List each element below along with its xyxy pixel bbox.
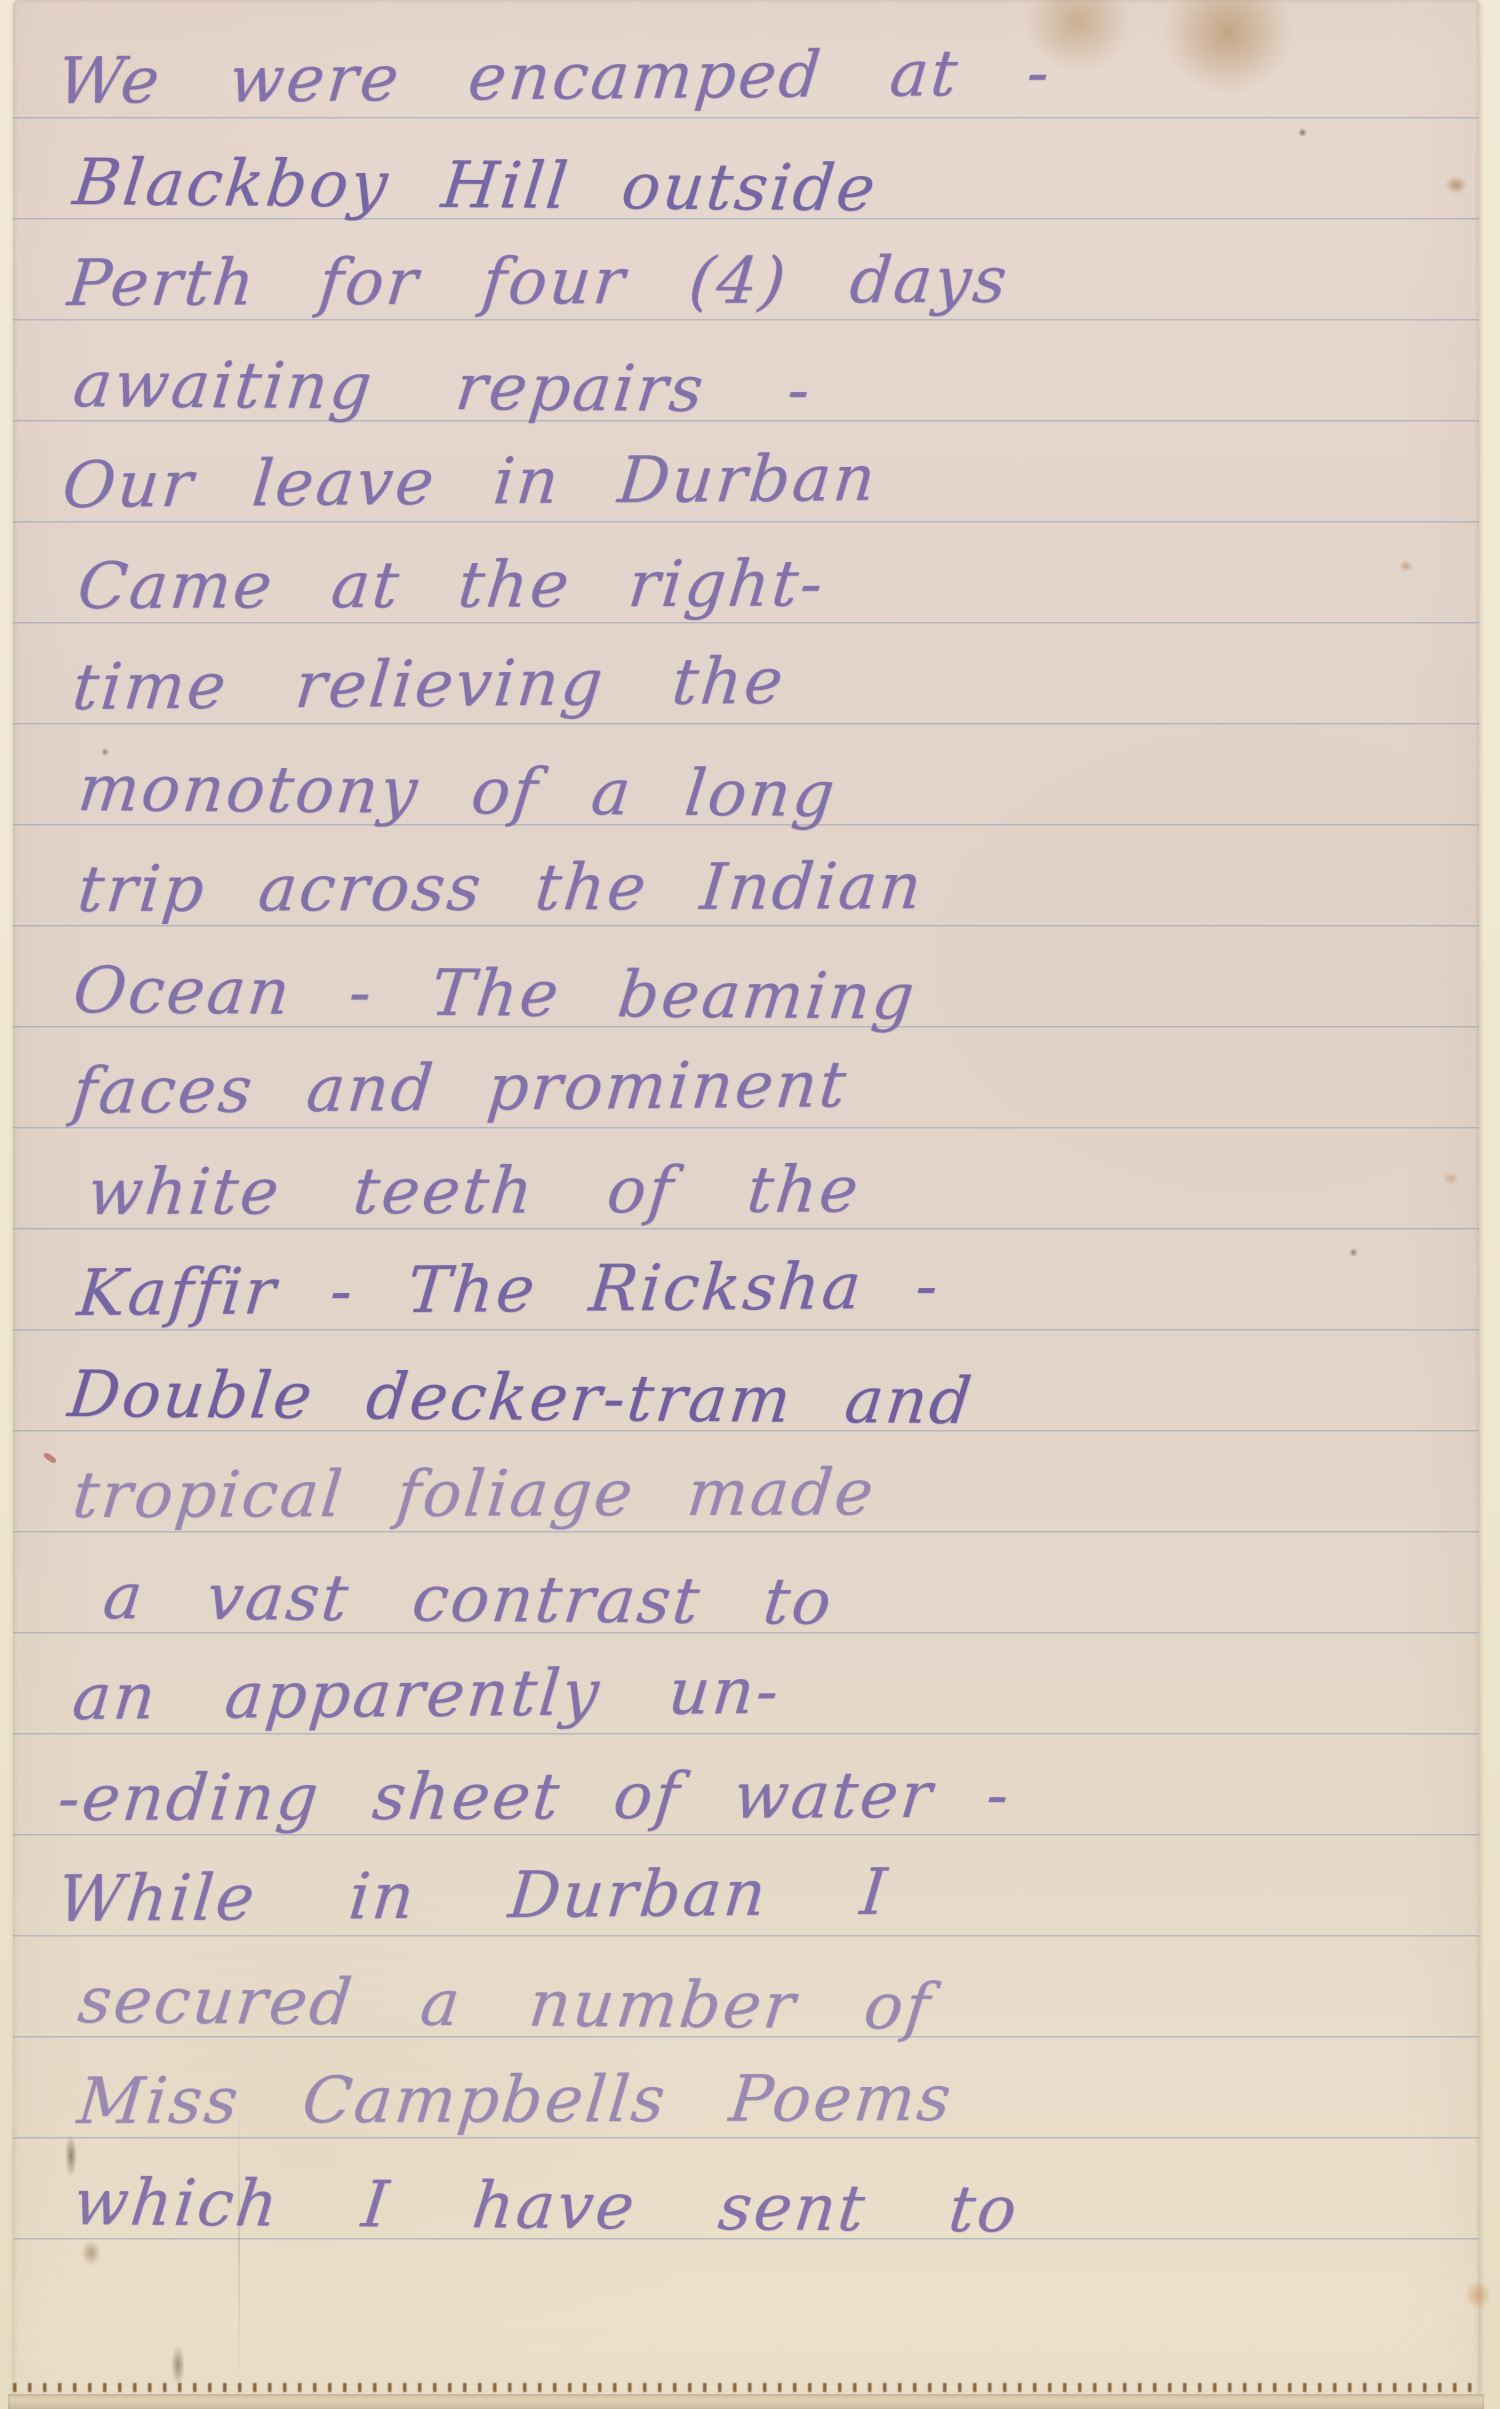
- handwritten-line: white teeth of the: [83, 1138, 1490, 1244]
- handwritten-line: time relieving the: [68, 626, 1490, 739]
- handwritten-line: monotony of a long: [73, 739, 1489, 851]
- handwritten-line: secured a number of: [73, 1951, 1489, 2063]
- handwritten-line: -ending sheet of water -: [53, 1744, 1490, 1850]
- next-page-strip: [8, 2394, 1484, 2409]
- scan-background: We were encamped at - Blackboy Hill outs…: [0, 0, 1500, 2409]
- handwritten-line: an apparently un-: [68, 1636, 1490, 1749]
- foxing-spot: [1465, 2280, 1491, 2310]
- ink-smudge: [171, 2345, 185, 2385]
- handwritten-line: tropical foliage made: [68, 1441, 1490, 1547]
- handwritten-line: faces and prominent: [68, 1030, 1490, 1143]
- handwritten-line: Blackboy Hill outside: [68, 133, 1489, 245]
- handwriting: We were encamped at - Blackboy Hill outs…: [13, 32, 1479, 2254]
- handwritten-line: Perth for four (4) days: [63, 229, 1490, 335]
- perforation-edge: [13, 2383, 1479, 2392]
- handwritten-line: Our leave in Durban: [58, 424, 1490, 537]
- letter-page: We were encamped at - Blackboy Hill outs…: [13, 0, 1479, 2398]
- handwritten-line: Came at the right-: [73, 532, 1490, 638]
- handwritten-line: Double decker-tram and: [63, 1345, 1489, 1457]
- handwritten-line: Miss Campbells Poems: [73, 2047, 1490, 2153]
- handwritten-line: trip across the Indian: [73, 835, 1490, 941]
- handwritten-line: We were encamped at -: [53, 20, 1490, 133]
- handwritten-line: While in Durban I: [53, 1838, 1490, 1951]
- handwritten-line: which I have sent to: [68, 2153, 1489, 2265]
- handwritten-line: Kaffir - The Ricksha -: [73, 1232, 1490, 1345]
